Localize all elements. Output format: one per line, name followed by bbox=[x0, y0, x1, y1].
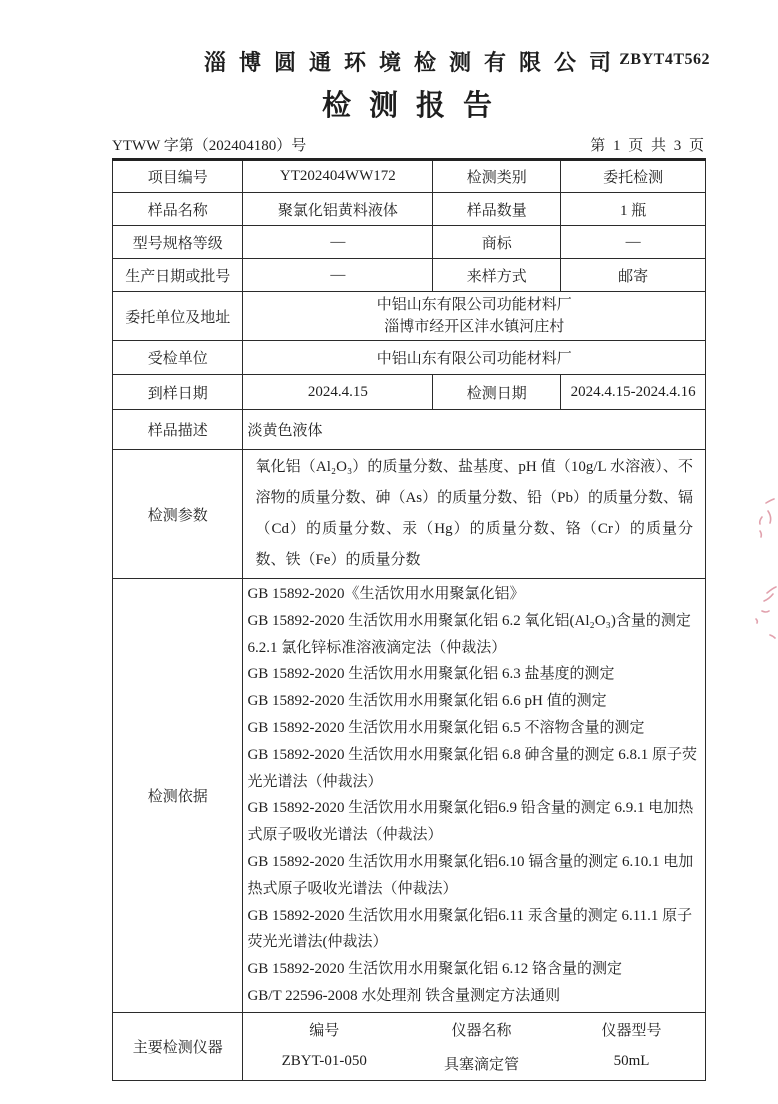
basis-item: GB 15892-2020 生活饮用水用聚氯化铝6.9 铅含量的测定 6.9.1… bbox=[247, 795, 701, 849]
row-value: 邮寄 bbox=[561, 259, 706, 292]
row-value: — bbox=[243, 226, 433, 259]
document-number: YTWW 字第（202404180）号 bbox=[112, 134, 306, 155]
row-value: 委托检测 bbox=[561, 160, 706, 193]
meta-line: YTWW 字第（202404180）号 第 1 页 共 3 页 bbox=[112, 134, 706, 155]
inspected-unit-value: 中铝山东有限公司功能材料厂 bbox=[243, 341, 706, 375]
instruments-table: 编号 仪器名称 仪器型号 ZBYT-01-050 具塞滴定管 50mL bbox=[243, 1012, 706, 1080]
row-label: 检测日期 bbox=[433, 375, 561, 410]
red-stamp-artifact bbox=[742, 495, 778, 655]
sample-description-value: 淡黄色液体 bbox=[243, 410, 706, 450]
table-row: 样品名称 聚氯化铝黄料液体 样品数量 1 瓶 bbox=[113, 193, 706, 226]
client-address: 淄博市经开区沣水镇河庄村 bbox=[247, 316, 701, 338]
row-label: 型号规格等级 bbox=[113, 226, 243, 259]
basis-item: GB 15892-2020 生活饮用水用聚氯化铝 6.6 pH 值的测定 bbox=[247, 688, 701, 715]
test-basis-row: 检测依据 GB 15892-2020《生活饮用水用聚氯化铝》 GB 15892-… bbox=[113, 579, 706, 1013]
row-label: 样品数量 bbox=[433, 193, 561, 226]
row-value: YT202404WW172 bbox=[243, 160, 433, 193]
report-code: ZBYT4T562 bbox=[619, 51, 710, 69]
page-indicator: 第 1 页 共 3 页 bbox=[590, 134, 706, 155]
row-value: 聚氯化铝黄料液体 bbox=[243, 193, 433, 226]
instrument-model: 50mL bbox=[562, 1053, 701, 1074]
instrument-col-header: 仪器型号 bbox=[562, 1019, 701, 1040]
report-header: 淄博圆通环境检测有限公司 ZBYT4T562 bbox=[112, 46, 706, 77]
instrument-name: 具塞滴定管 bbox=[401, 1053, 562, 1074]
row-label: 检测类别 bbox=[433, 160, 561, 193]
row-label: 样品描述 bbox=[113, 410, 243, 450]
basis-item: GB 15892-2020 生活饮用水用聚氯化铝 6.12 铬含量的测定 bbox=[247, 956, 701, 983]
row-label: 主要检测仪器 bbox=[113, 1012, 243, 1080]
instruments-row: 主要检测仪器 编号 仪器名称 仪器型号 ZBYT-01-050 具塞滴定管 50… bbox=[113, 1012, 706, 1080]
table-row: 生产日期或批号 — 来样方式 邮寄 bbox=[113, 259, 706, 292]
basis-item: GB 15892-2020 生活饮用水用聚氯化铝 6.8 砷含量的测定 6.8.… bbox=[247, 742, 701, 796]
basis-item: GB 15892-2020 生活饮用水用聚氯化铝 6.3 盐基度的测定 bbox=[247, 661, 701, 688]
row-label: 项目编号 bbox=[113, 160, 243, 193]
basis-item: GB 15892-2020 生活饮用水用聚氯化铝 6.2 氧化铝(Al₂O₃)含… bbox=[247, 608, 701, 662]
client-name: 中铝山东有限公司功能材料厂 bbox=[247, 294, 701, 316]
report-content: 淄博圆通环境检测有限公司 ZBYT4T562 检测报告 YTWW 字第（2024… bbox=[112, 46, 706, 1081]
row-value: 1 瓶 bbox=[561, 193, 706, 226]
test-date-range: 2024.4.15-2024.4.16 bbox=[561, 375, 706, 410]
row-label: 样品名称 bbox=[113, 193, 243, 226]
row-label: 检测参数 bbox=[113, 450, 243, 579]
instrument-id: ZBYT-01-050 bbox=[247, 1053, 401, 1074]
basis-item: GB 15892-2020 生活饮用水用聚氯化铝6.11 汞含量的测定 6.11… bbox=[247, 903, 701, 957]
row-value: — bbox=[243, 259, 433, 292]
client-address-row: 委托单位及地址 中铝山东有限公司功能材料厂 淄博市经开区沣水镇河庄村 bbox=[113, 292, 706, 341]
client-address-value: 中铝山东有限公司功能材料厂 淄博市经开区沣水镇河庄村 bbox=[243, 292, 706, 341]
sample-arrival-date: 2024.4.15 bbox=[243, 375, 433, 410]
test-parameters-text: 氧化铝（Al₂O₃）的质量分数、盐基度、pH 值（10g/L 水溶液）、不溶物的… bbox=[247, 452, 701, 576]
row-label: 生产日期或批号 bbox=[113, 259, 243, 292]
basis-item: GB 15892-2020 生活饮用水用聚氯化铝6.10 镉含量的测定 6.10… bbox=[247, 849, 701, 903]
inspected-unit-row: 受检单位 中铝山东有限公司功能材料厂 bbox=[113, 341, 706, 375]
test-parameters-value: 氧化铝（Al₂O₃）的质量分数、盐基度、pH 值（10g/L 水溶液）、不溶物的… bbox=[243, 450, 706, 579]
test-basis-list: GB 15892-2020《生活饮用水用聚氯化铝》 GB 15892-2020 … bbox=[243, 579, 706, 1013]
basis-item: GB 15892-2020《生活饮用水用聚氯化铝》 bbox=[247, 581, 701, 608]
company-name: 淄博圆通环境检测有限公司 bbox=[204, 46, 624, 77]
basis-item: GB/T 22596-2008 水处理剂 铁含量测定方法通则 bbox=[247, 983, 701, 1010]
table-row: 项目编号 YT202404WW172 检测类别 委托检测 bbox=[113, 160, 706, 193]
instrument-col-header: 编号 bbox=[247, 1019, 401, 1040]
row-label: 来样方式 bbox=[433, 259, 561, 292]
row-label: 商标 bbox=[433, 226, 561, 259]
sample-description-row: 样品描述 淡黄色液体 bbox=[113, 410, 706, 450]
report-table: 项目编号 YT202404WW172 检测类别 委托检测 样品名称 聚氯化铝黄料… bbox=[112, 158, 706, 1081]
row-label: 检测依据 bbox=[113, 579, 243, 1013]
table-row: 型号规格等级 — 商标 — bbox=[113, 226, 706, 259]
row-label: 到样日期 bbox=[113, 375, 243, 410]
report-page: 淄博圆通环境检测有限公司 ZBYT4T562 检测报告 YTWW 字第（2024… bbox=[0, 0, 778, 1104]
row-label: 受检单位 bbox=[113, 341, 243, 375]
test-parameters-row: 检测参数 氧化铝（Al₂O₃）的质量分数、盐基度、pH 值（10g/L 水溶液）… bbox=[113, 450, 706, 579]
row-label: 委托单位及地址 bbox=[113, 292, 243, 341]
report-title: 检测报告 bbox=[126, 83, 706, 124]
basis-item: GB 15892-2020 生活饮用水用聚氯化铝 6.5 不溶物含量的测定 bbox=[247, 715, 701, 742]
dates-row: 到样日期 2024.4.15 检测日期 2024.4.15-2024.4.16 bbox=[113, 375, 706, 410]
instrument-col-header: 仪器名称 bbox=[401, 1019, 562, 1040]
row-value: — bbox=[561, 226, 706, 259]
